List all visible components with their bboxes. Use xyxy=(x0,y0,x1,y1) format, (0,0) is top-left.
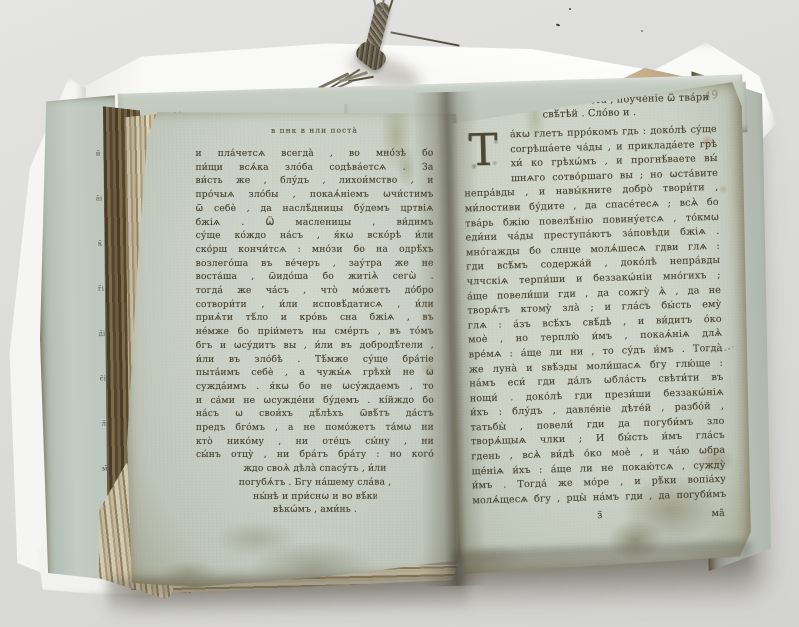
text-line: бжіѧ . Ѿ масленицы , ви́димъ xyxy=(196,215,434,229)
text-line: приѧ́ти тѣ́ло и кро́вь сна бжіѧ , въ xyxy=(196,311,434,325)
left-page-lines: и пла́четсѧ всегда̀ , во мно́зѣ бопи́щи … xyxy=(195,147,434,517)
right-page-lines: Т а́кѡ глетъ прро́комъ гдь : доко́лѣ су́… xyxy=(463,123,727,509)
debris-speck xyxy=(569,8,571,10)
text-line: кто̀ нико́му , ни оте́цъ сы́ну , ни xyxy=(196,434,434,448)
debris-speck xyxy=(641,30,643,32)
text-line: воста́ша , ѿидо́ша бо житіѧ̀ сегѡ̀ . xyxy=(196,270,434,284)
left-page-text: в пнк в нли поста̀ и пла́четсѧ всегда̀ ,… xyxy=(195,126,434,517)
running-header: в пнк в нли поста̀ xyxy=(195,126,433,135)
text-line: и са́ми не ѡсужде́ни бу́демъ . кі́йждо б… xyxy=(196,393,434,407)
text-line: ѿ себѐ , да наслѣ́дницы бу́демъ цртвіѧ xyxy=(196,201,434,215)
text-line: сотвори́ти , и́ли исповѣ́датисѧ , и́ли xyxy=(196,297,434,311)
text-line: предъ бго́мъ , а не помо́жетъ та́мѡ ни xyxy=(196,421,434,435)
text-line: сужда́имъ . я́кѡ бо не ѡсу́ждаемъ , то xyxy=(196,380,434,394)
shadow-under-left-page xyxy=(108,573,469,619)
text-line: бгъ и ѡсу́дитъ вы , и́ли въ добродѣ́тели… xyxy=(196,338,434,352)
text-line: ви́сть же , блу́дъ , лихои́мство , и xyxy=(195,174,433,188)
text-line: про́чыѧ зло́бы , покаѧ́ніемъ ѡчи́стимъ xyxy=(196,188,434,202)
text-line: и́ли въ зло́бѣ . Тѣ́мже су́ще бра́тіе xyxy=(196,352,434,366)
photo-open-antique-book: и̃а̃ік̃г̃ід̃іє̃іл̃м̃ в пнк в нли поста̀ … xyxy=(0,0,799,627)
text-line: пи́щи всѧ́ка зло́ба содѣва́етсѧ . За xyxy=(195,160,433,174)
gutter-shadow xyxy=(413,91,487,586)
text-line: пыта́имъ себѐ , а чужы́ѧ грѣхѝ не ѡ xyxy=(196,366,434,380)
tassel-strand xyxy=(388,0,395,12)
straw-stick xyxy=(390,31,459,46)
page-left: в пнк в нли поста̀ и пла́четсѧ всегда̀ ,… xyxy=(123,104,464,587)
text-line: су́ще ко́ждо на́съ , я́кѡ вско́рѣ и́ли xyxy=(196,229,434,243)
text-line: вѣкѡ́мъ , ами́нь . xyxy=(267,503,362,517)
debris-speck xyxy=(556,23,560,26)
right-page-text: Во вто́рникъ , в нли поста̀ , поуче́ніе … xyxy=(462,91,727,528)
catchword: ма̃ xyxy=(711,508,725,519)
text-line: погубѧ́тъ . Бгу на́шему сла́ва , xyxy=(236,476,393,490)
text-line: ждо своѧ̀ дѣла̀ спасу́тъ , и́ли xyxy=(217,462,412,476)
text-line: ны́нѣ и при́снѡ и во вѣ́ки xyxy=(253,489,377,503)
text-line: на́съ ѡ свои́хъ дѣ́лѣхъ ѿвѣ́тъ да́стъ xyxy=(196,407,434,421)
text-line: возлего́ша въ ве́черъ , зау́тра же не xyxy=(196,256,434,270)
text-line: тогда́ же ча́съ , что̀ мо́жетъ до́бро xyxy=(196,284,434,298)
text-line: и пла́четсѧ всегда̀ , во мно́зѣ бо xyxy=(195,147,433,161)
text-line: ско́рш кончи́тсѧ : мно́зи бо на одрѣ́хъ xyxy=(196,242,434,256)
text-line: не́мже бо пріи́метъ ны сме́рть , въ то́м… xyxy=(196,325,434,339)
page-right: 49 Во вто́рникъ , в нли поста̀ , поуче́н… xyxy=(445,82,754,574)
text-line: сы́нъ отцу̀ , ни бра́тъ бра́ту : но кого… xyxy=(196,448,434,462)
